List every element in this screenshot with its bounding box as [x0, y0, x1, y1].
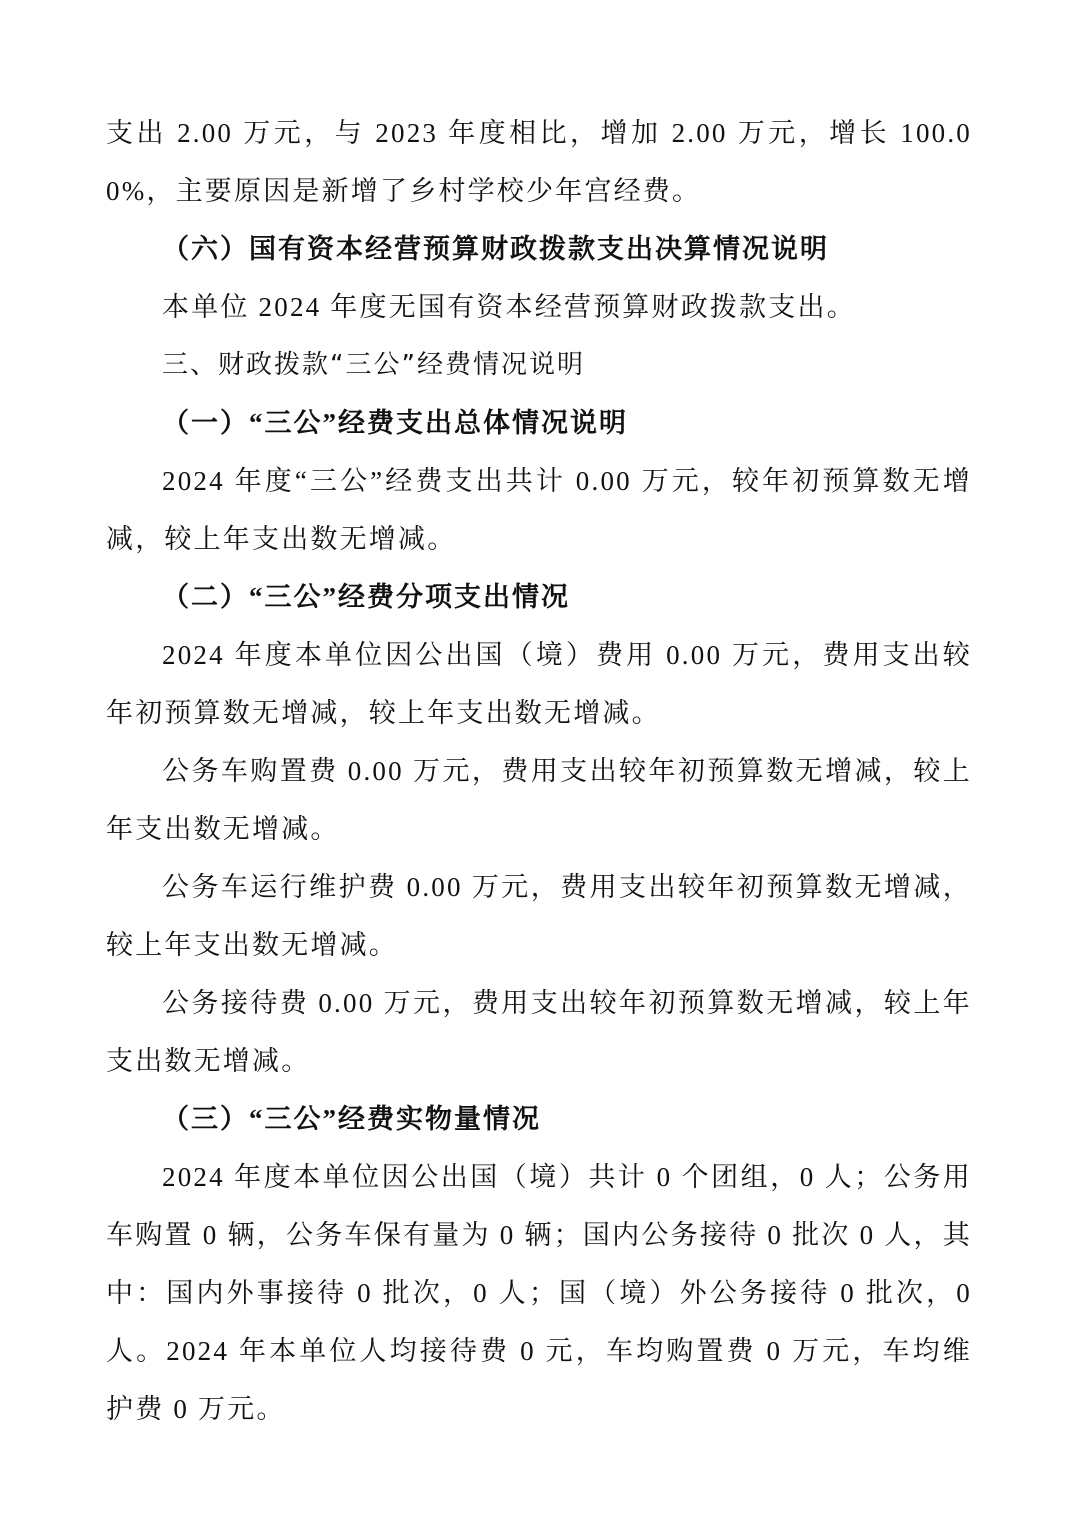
- subheading-itemized-expense: （二）“三公”经费分项支出情况: [106, 568, 972, 626]
- paragraph-youth-palace-expense: 支出 2.00 万元，与 2023 年度相比，增加 2.00 万元，增长 100…: [106, 104, 972, 220]
- paragraph-vehicle-maintenance-expense: 公务车运行维护费 0.00 万元，费用支出较年初预算数无增减，较上年支出数无增减…: [106, 858, 972, 974]
- subheading-physical-quantity: （三）“三公”经费实物量情况: [106, 1090, 972, 1148]
- paragraph-no-state-capital-expense: 本单位 2024 年度无国有资本经营预算财政拨款支出。: [106, 278, 972, 336]
- subheading-state-capital-budget: （六）国有资本经营预算财政拨款支出决算情况说明: [106, 220, 972, 278]
- section-heading-three-public-expenses: 三、财政拨款“三公”经费情况说明: [106, 336, 972, 394]
- document-page: 支出 2.00 万元，与 2023 年度相比，增加 2.00 万元，增长 100…: [0, 0, 1074, 1520]
- paragraph-physical-quantity: 2024 年度本单位因公出国（境）共计 0 个团组，0 人；公务用车购置 0 辆…: [106, 1148, 972, 1438]
- subheading-overall-expense: （一）“三公”经费支出总体情况说明: [106, 394, 972, 452]
- paragraph-overall-expense: 2024 年度“三公”经费支出共计 0.00 万元，较年初预算数无增减，较上年支…: [106, 452, 972, 568]
- paragraph-reception-expense: 公务接待费 0.00 万元，费用支出较年初预算数无增减，较上年支出数无增减。: [106, 974, 972, 1090]
- paragraph-vehicle-purchase-expense: 公务车购置费 0.00 万元，费用支出较年初预算数无增减，较上年支出数无增减。: [106, 742, 972, 858]
- document-body: 支出 2.00 万元，与 2023 年度相比，增加 2.00 万元，增长 100…: [106, 104, 972, 1438]
- paragraph-overseas-travel-expense: 2024 年度本单位因公出国（境）费用 0.00 万元，费用支出较年初预算数无增…: [106, 626, 972, 742]
